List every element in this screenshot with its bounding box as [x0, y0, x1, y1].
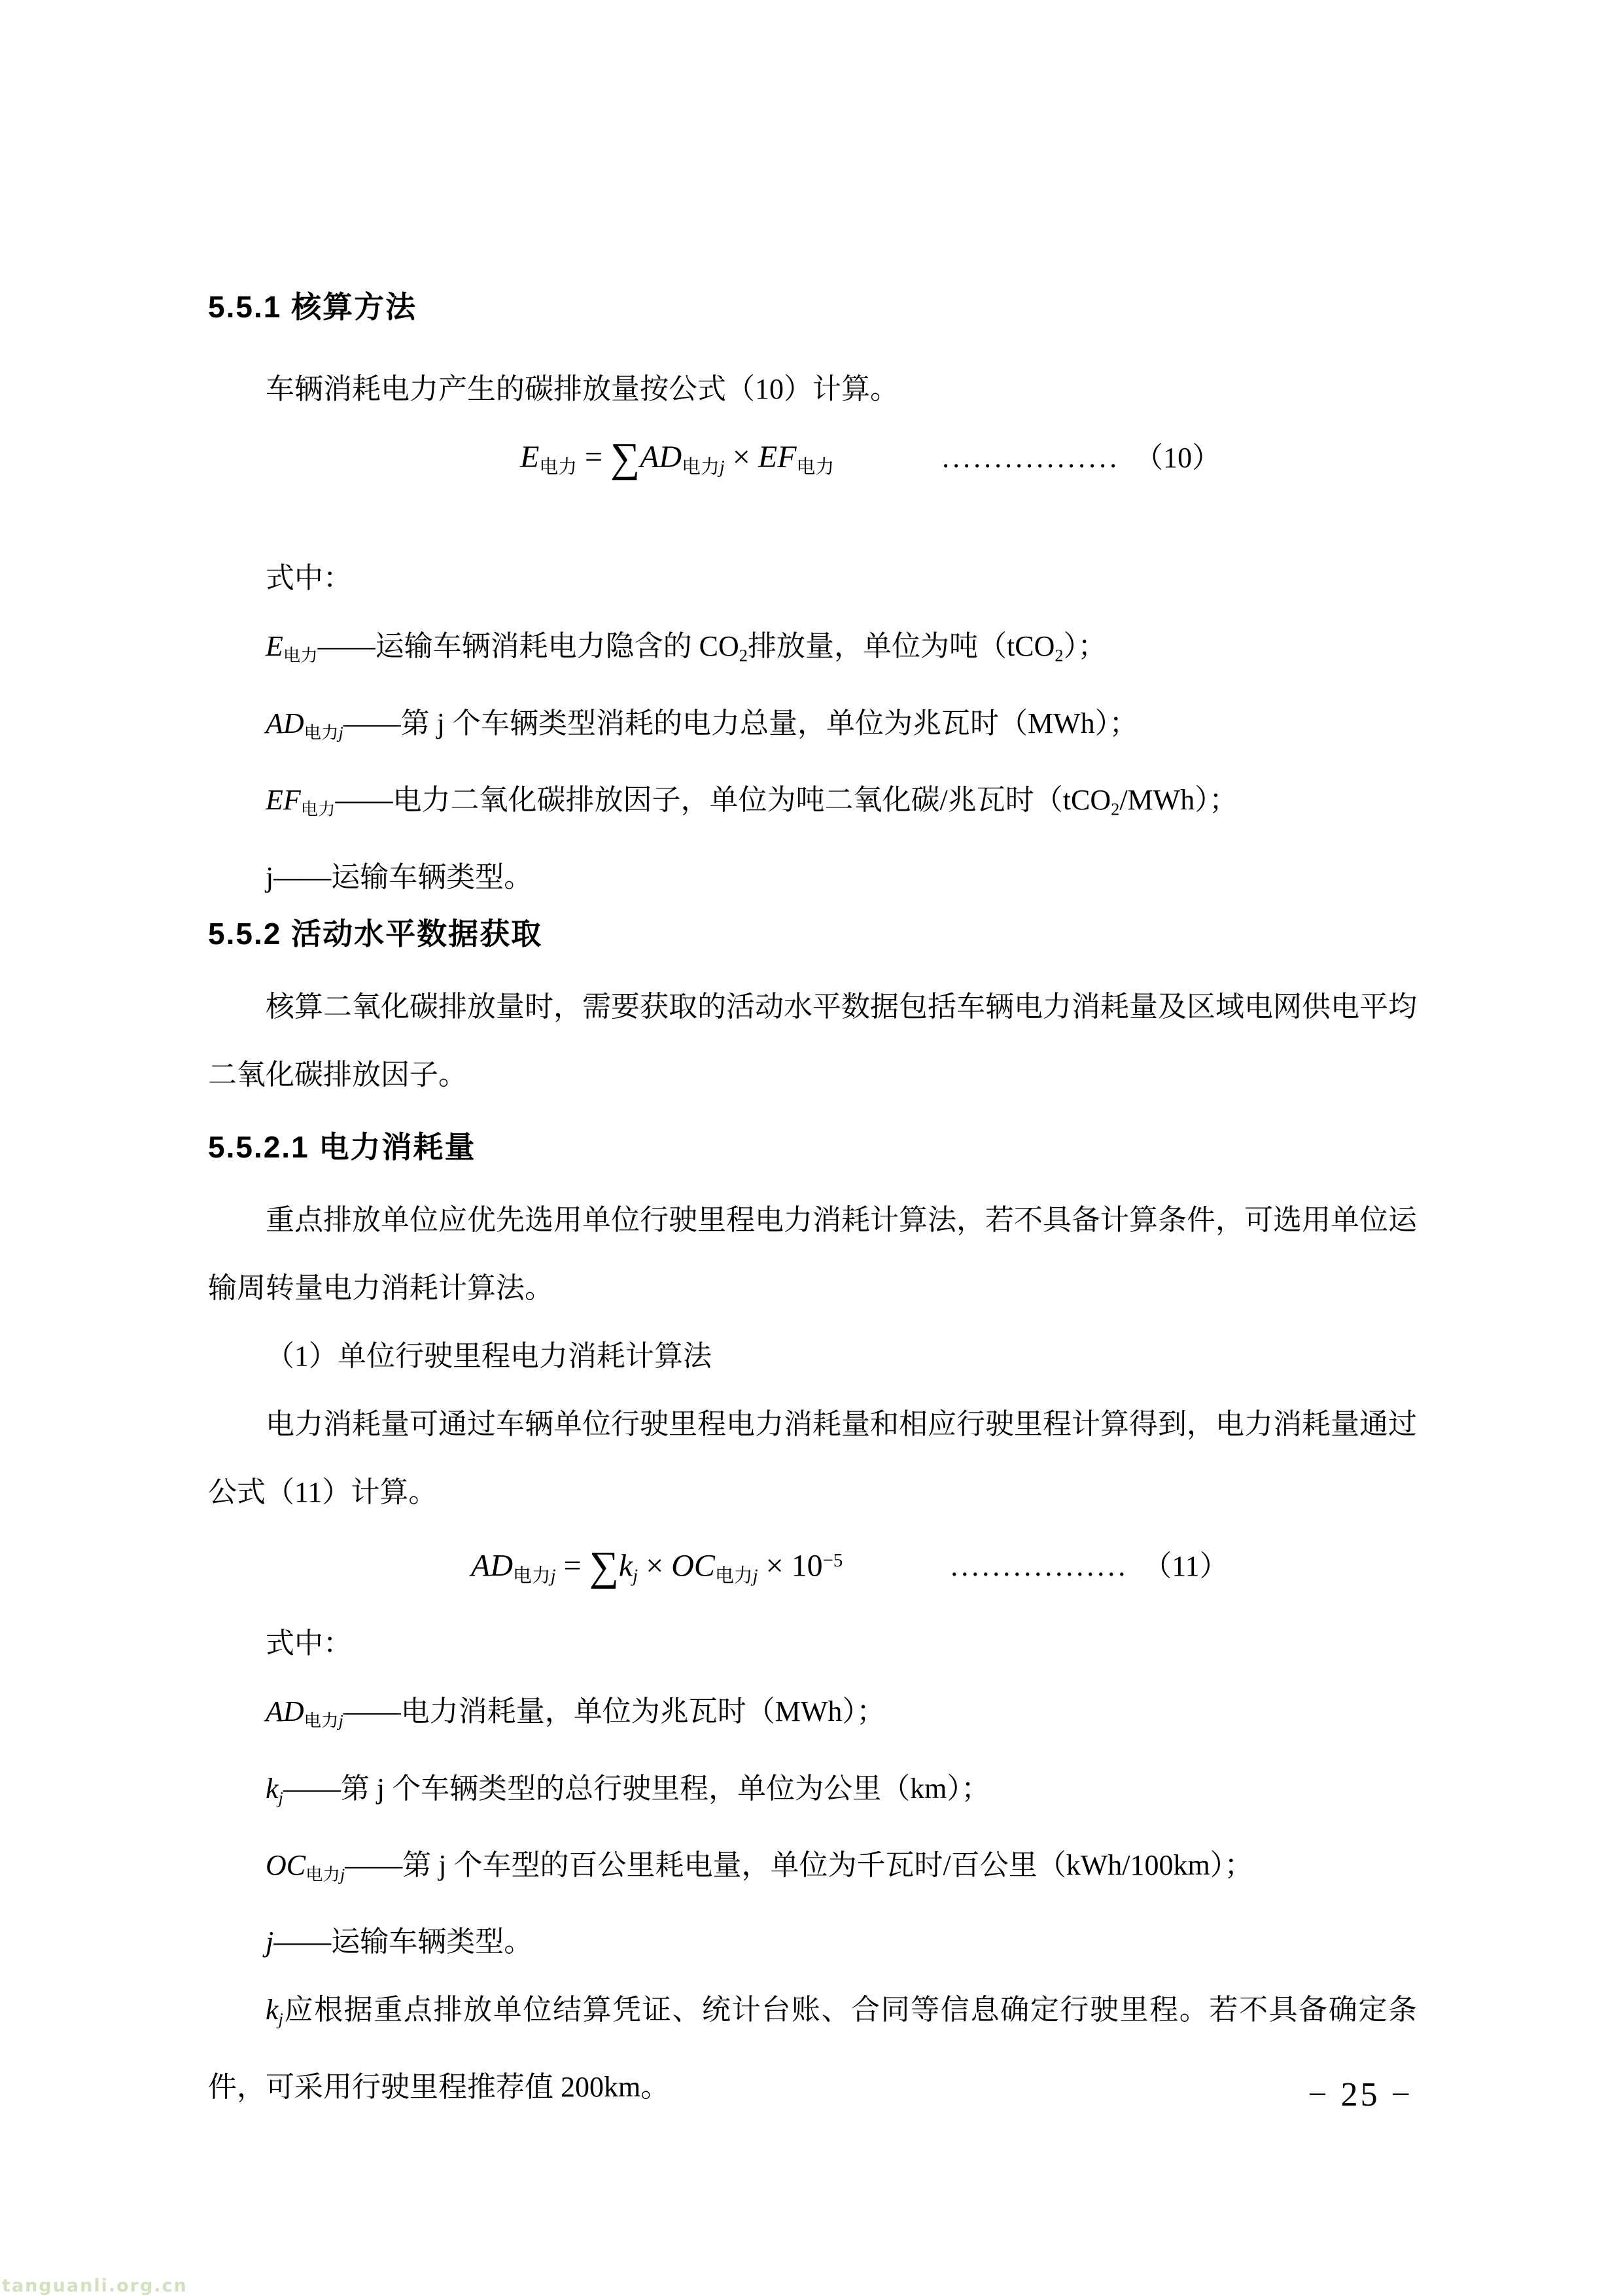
where-label-2: 式中：	[208, 1610, 1417, 1678]
definition-line-ef: EF电力——电力二氧化碳排放因子，单位为吨二氧化碳/兆瓦时（tCO2/MWh）；	[208, 766, 1417, 843]
page-number: − 25 −	[1308, 2075, 1413, 2114]
document-page: 5.5.1 核算方法 车辆消耗电力产生的碳排放量按公式（10）计算。 E电力 =…	[0, 0, 1623, 2296]
formula-10: E电力 = ∑AD电力j × EF电力.................（10）	[208, 423, 1417, 501]
where-label-1: 式中：	[208, 544, 1417, 612]
section-heading-5-5-2-1: 5.5.2.1 电力消耗量	[208, 1130, 1417, 1164]
paragraph-kj-mileage: kj应根据重点排放单位结算凭证、统计台账、合同等信息确定行驶里程。若不具备确定条…	[208, 1976, 1417, 2121]
definition-line-e: E电力——运输车辆消耗电力隐含的 CO2排放量，单位为吨（tCO2）；	[208, 612, 1417, 689]
paragraph-formula10-intro: 车辆消耗电力产生的碳排放量按公式（10）计算。	[208, 355, 1417, 423]
definition-line-ad: AD电力j——第 j 个车辆类型消耗的电力总量，单位为兆瓦时（MWh）；	[208, 690, 1417, 766]
paragraph-method-1-title: （1）单位行驶里程电力消耗计算法	[208, 1322, 1417, 1390]
dot-leader: .................	[942, 442, 1120, 474]
document-content: 5.5.1 核算方法 车辆消耗电力产生的碳排放量按公式（10）计算。 E电力 =…	[208, 290, 1417, 2121]
watermark: tanguanli.org.cn	[2, 2276, 188, 2296]
definition-line-j2: j——运输车辆类型。	[208, 1908, 1417, 1976]
section-heading-5-5-1: 5.5.1 核算方法	[208, 290, 1417, 324]
formula-10-expression: E电力 = ∑AD电力j × EF电力	[520, 423, 834, 501]
formula-10-number: （10）	[1134, 442, 1221, 474]
dot-leader: .................	[951, 1550, 1128, 1582]
paragraph-activity-data: 核算二氧化碳排放量时，需要获取的活动水平数据包括车辆电力消耗量及区域电网供电平均…	[208, 973, 1417, 1109]
formula-11-number: （11）	[1143, 1550, 1228, 1582]
paragraph-electricity-consumption: 重点排放单位应优先选用单位行驶里程电力消耗计算法，若不具备计算条件，可选用单位运…	[208, 1186, 1417, 1322]
formula-11: AD电力j = ∑kj × OC电力j × 10−5..............…	[208, 1527, 1417, 1610]
formula-11-expression: AD电力j = ∑kj × OC电力j × 10−5	[471, 1527, 843, 1610]
definition-line-oc: OC电力j——第 j 个车型的百公里耗电量，单位为千瓦时/百公里（kWh/100…	[208, 1831, 1417, 1908]
definition-line-kj: kj——第 j 个车辆类型的总行驶里程，单位为公里（km）；	[208, 1755, 1417, 1831]
section-heading-5-5-2: 5.5.2 活动水平数据获取	[208, 917, 1417, 951]
definition-line-j: j——运输车辆类型。	[208, 843, 1417, 911]
paragraph-formula11-intro: 电力消耗量可通过车辆单位行驶里程电力消耗量和相应行驶里程计算得到，电力消耗量通过…	[208, 1390, 1417, 1527]
definition-line-adj: AD电力j——电力消耗量，单位为兆瓦时（MWh）；	[208, 1678, 1417, 1754]
